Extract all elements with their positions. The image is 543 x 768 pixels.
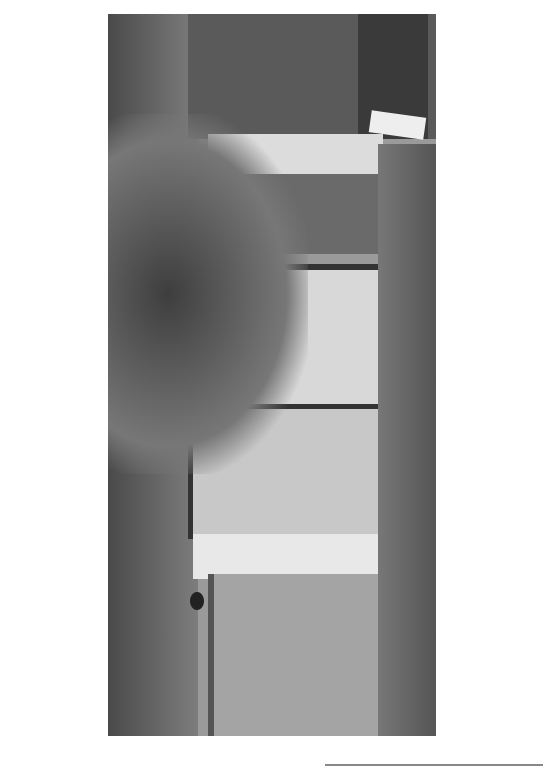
scan-edge-line [325, 764, 543, 766]
door-lock [190, 592, 204, 610]
ground-vegetation [378, 144, 436, 736]
photograph [108, 14, 436, 736]
overgrown-plants [108, 114, 308, 474]
stone-blocks [193, 534, 383, 579]
